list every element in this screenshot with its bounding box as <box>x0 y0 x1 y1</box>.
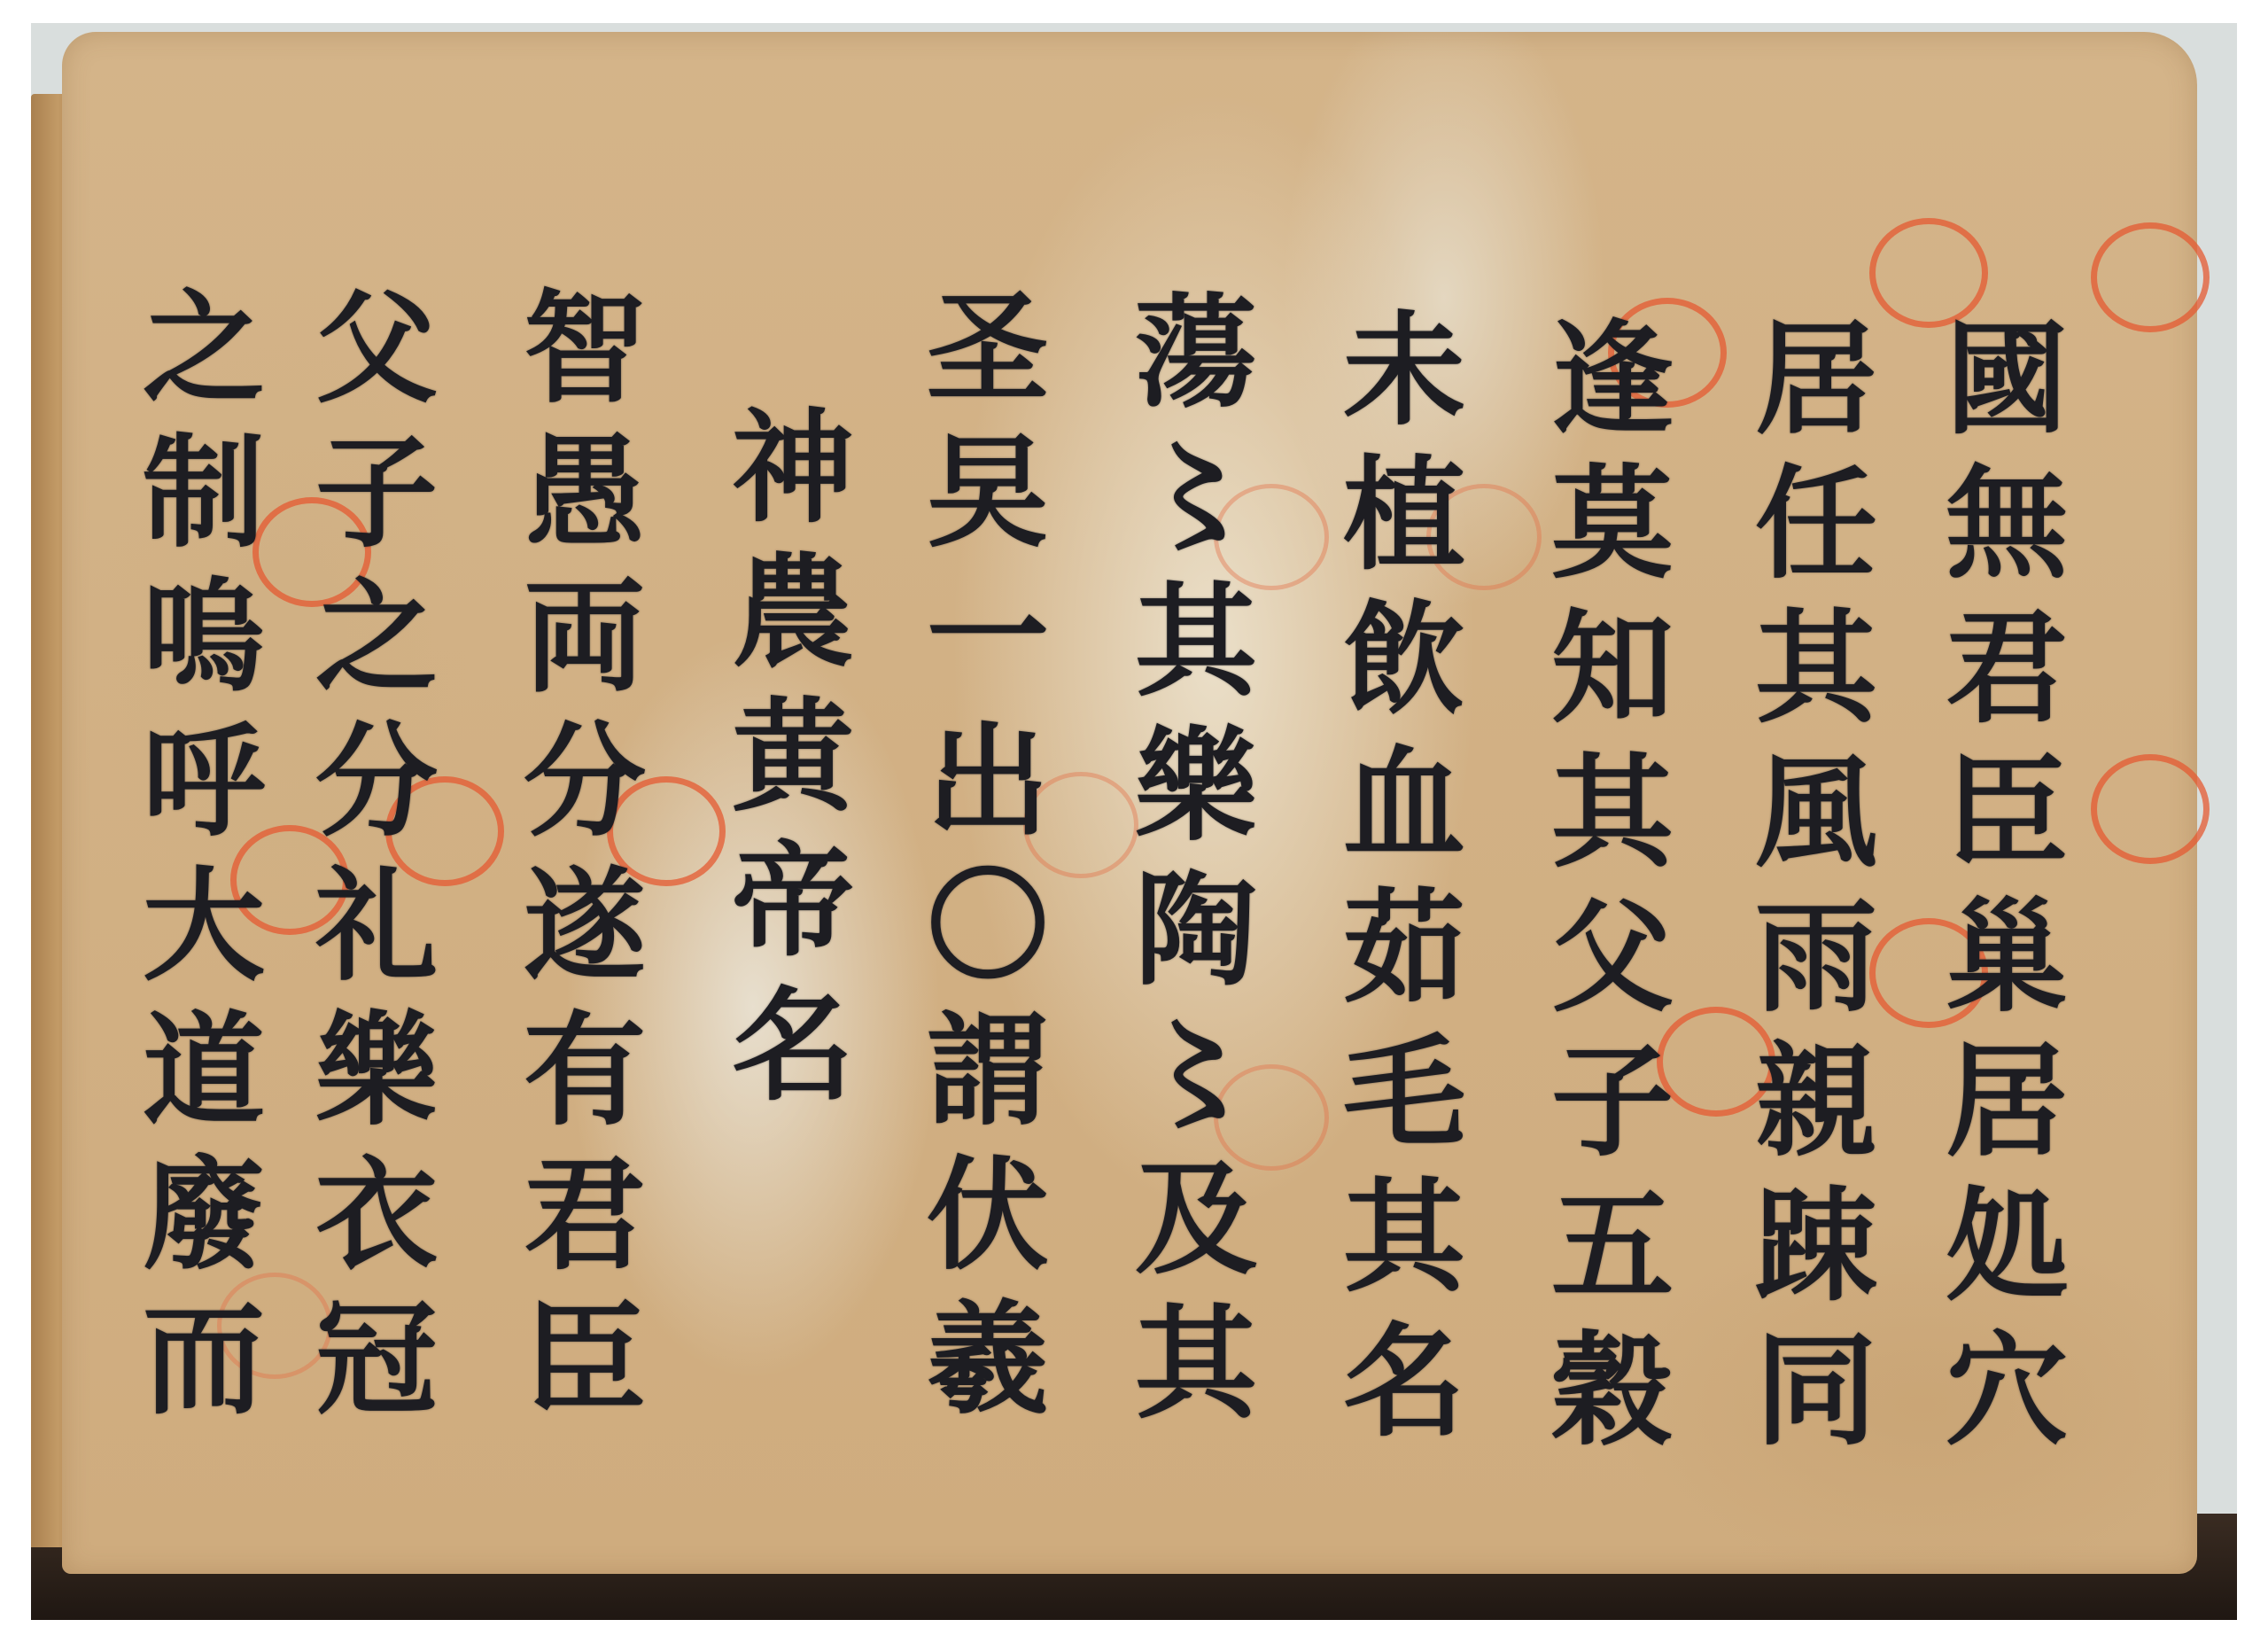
character: 呼 <box>128 709 279 853</box>
character: 衣 <box>301 1142 452 1287</box>
character: 〇 <box>913 853 1063 998</box>
character: 其 <box>1121 569 1271 713</box>
character: 逢 <box>1537 307 1688 451</box>
character: 名 <box>718 973 868 1117</box>
text-column-9: 父 子 之 分 礼 樂 衣 冠 <box>301 276 452 1431</box>
character: 穴 <box>1931 1318 2082 1462</box>
text-column-10: 之 制 嗚 呼 大 道 廢 而 <box>128 276 279 1431</box>
character: 分 <box>509 709 660 853</box>
character: 君 <box>1931 596 2082 740</box>
character: 冠 <box>301 1287 452 1431</box>
character: 無 <box>1931 451 2082 596</box>
text-column-8: 智 愚 両 分 遂 有 君 臣 <box>509 276 660 1431</box>
character: 任 <box>1741 451 1891 596</box>
character: 未 <box>1329 298 1480 442</box>
character: 処 <box>1931 1173 2082 1318</box>
character: 〻 <box>1121 1002 1271 1147</box>
character: 両 <box>509 565 660 709</box>
character: 大 <box>128 853 279 998</box>
character: 伏 <box>913 1142 1063 1287</box>
character: 礼 <box>301 853 452 998</box>
character: 子 <box>301 420 452 565</box>
text-column-2: 居 任 其 風 雨 親 踈 同 <box>1741 307 1891 1462</box>
character: 飲 <box>1329 587 1480 731</box>
character: 其 <box>1537 740 1688 884</box>
character: 君 <box>509 1142 660 1287</box>
character: 血 <box>1329 731 1480 876</box>
manuscript-page: 國 無 君 臣 巢 居 処 穴 居 任 其 風 雨 親 踈 同 逢 莫 知 其 … <box>62 32 2197 1574</box>
character: 智 <box>509 276 660 420</box>
character: 制 <box>128 420 279 565</box>
character: 毛 <box>1329 1020 1480 1164</box>
manuscript-photo: 國 無 君 臣 巢 居 処 穴 居 任 其 風 雨 親 踈 同 逢 莫 知 其 … <box>31 23 2237 1620</box>
character: 神 <box>718 395 868 540</box>
character: 巢 <box>1931 884 2082 1029</box>
character: 分 <box>301 709 452 853</box>
character: 謂 <box>913 998 1063 1142</box>
character: 蕩 <box>1121 280 1271 424</box>
character: 茹 <box>1329 876 1480 1020</box>
character: 陶 <box>1121 858 1271 1002</box>
character: 帝 <box>718 829 868 973</box>
character: 之 <box>128 276 279 420</box>
character: 其 <box>1741 596 1891 740</box>
character: 名 <box>1329 1309 1480 1453</box>
character: 其 <box>1329 1164 1480 1309</box>
character: 羲 <box>913 1287 1063 1431</box>
character: 穀 <box>1537 1318 1688 1462</box>
character: 子 <box>1537 1029 1688 1173</box>
character: 而 <box>128 1287 279 1431</box>
character: 嗚 <box>128 565 279 709</box>
text-column-7: 神 農 黄 帝 名 <box>718 395 868 1117</box>
character: 其 <box>1121 1291 1271 1436</box>
character: 旲 <box>913 420 1063 565</box>
character: 臣 <box>509 1287 660 1431</box>
character: 廢 <box>128 1142 279 1287</box>
character: 道 <box>128 998 279 1142</box>
character: 同 <box>1741 1318 1891 1462</box>
character: 圣 <box>913 276 1063 420</box>
character: 居 <box>1741 307 1891 451</box>
character: 植 <box>1329 442 1480 587</box>
text-column-5: 蕩 〻 其 樂 陶 〻 及 其 <box>1121 280 1271 1436</box>
character: 黄 <box>718 684 868 829</box>
text-column-6: 圣 旲 一 出 〇 謂 伏 羲 <box>913 276 1063 1431</box>
character: 及 <box>1121 1147 1271 1291</box>
character: 臣 <box>1931 740 2082 884</box>
character: 國 <box>1931 307 2082 451</box>
character: 〻 <box>1121 424 1271 569</box>
character: 父 <box>301 276 452 420</box>
character: 樂 <box>1121 713 1271 858</box>
punctuation-circle-icon <box>2091 754 2210 864</box>
character: 親 <box>1741 1029 1891 1173</box>
text-column-1: 國 無 君 臣 巢 居 処 穴 <box>1931 307 2082 1462</box>
character: 五 <box>1537 1173 1688 1318</box>
character: 父 <box>1537 884 1688 1029</box>
character: 莫 <box>1537 451 1688 596</box>
character: 一 <box>913 565 1063 709</box>
character: 農 <box>718 540 868 684</box>
character: 居 <box>1931 1029 2082 1173</box>
character: 之 <box>301 565 452 709</box>
text-column-4: 未 植 飲 血 茹 毛 其 名 <box>1329 298 1480 1453</box>
character: 樂 <box>301 998 452 1142</box>
text-column-3: 逢 莫 知 其 父 子 五 穀 <box>1537 307 1688 1462</box>
character: 有 <box>509 998 660 1142</box>
punctuation-circle-icon <box>2091 222 2210 332</box>
character: 遂 <box>509 853 660 998</box>
character: 雨 <box>1741 884 1891 1029</box>
character: 出 <box>913 709 1063 853</box>
character: 踈 <box>1741 1173 1891 1318</box>
character: 愚 <box>509 420 660 565</box>
character: 知 <box>1537 596 1688 740</box>
character: 風 <box>1741 740 1891 884</box>
